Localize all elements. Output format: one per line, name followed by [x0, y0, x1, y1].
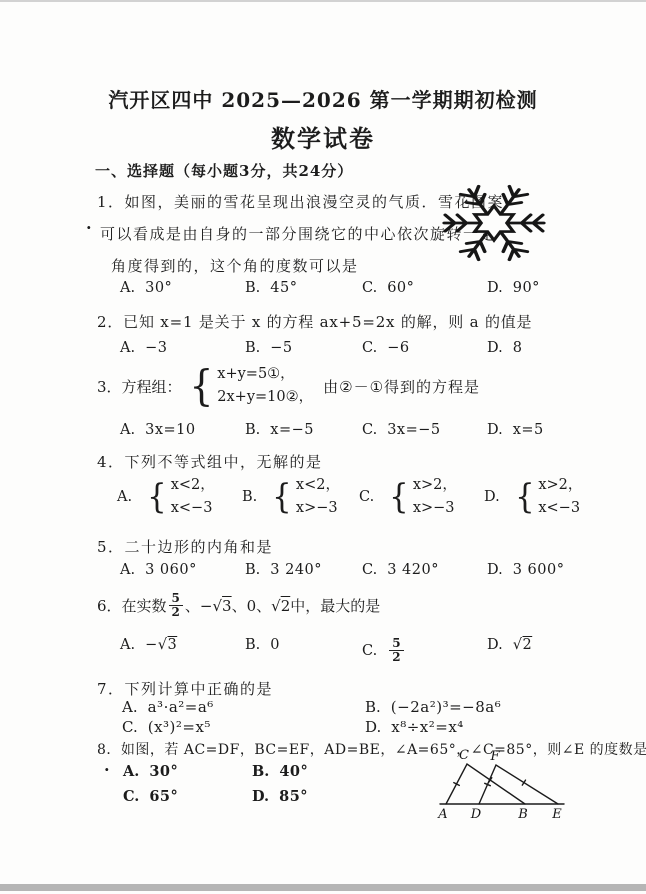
option-value: 3 060°: [145, 562, 197, 578]
brace: {: [189, 365, 213, 407]
option-label: D.: [487, 340, 503, 356]
q8-option-d: D.85°: [252, 788, 308, 805]
inequality-line: x<−3: [538, 497, 582, 520]
option-label: B.: [245, 562, 260, 578]
triangle-figure: C F A D B E: [426, 747, 606, 823]
inequality-line: x>−3: [413, 497, 457, 520]
option-label: D.: [484, 489, 500, 505]
q7-text: 7．下列计算中正确的是: [97, 678, 273, 699]
q7-option-a: A.a³·a²=a⁶: [122, 698, 214, 716]
option-value: x=−5: [270, 422, 314, 438]
option-value: a³·a²=a⁶: [148, 698, 214, 716]
q4-option-a: A.{x<2，x<−3: [117, 468, 215, 526]
option-label: B.: [252, 763, 269, 780]
scanned-test-page: 汽开区四中 2025—2026 第一学期期初检测 数学试卷 一、选择题（每小题3…: [0, 0, 646, 894]
option-label: C.: [362, 562, 377, 578]
q6-option-d: D.√2: [487, 637, 532, 653]
q3-option-c: C.3x=−5: [362, 422, 441, 438]
option-value: x⁸÷x²=x⁴: [391, 718, 464, 736]
q3-statement: 3．方程组： { x+y=5①， 2x+y=10②， 由②－①得到的方程是: [97, 363, 480, 409]
option-label: C.: [362, 422, 377, 438]
option-label: D.: [487, 637, 503, 653]
q3-options-row: A.3x=10 B.x=−5 C.3x=−5 D.x=5: [97, 422, 637, 446]
radicand: 3: [222, 597, 232, 615]
inequality-line: x<−3: [171, 497, 215, 520]
q4-option-c: C.{x>2，x>−3: [359, 468, 457, 526]
q5-option-a: A.3 060°: [120, 562, 197, 578]
q5-options-row: A.3 060° B.3 240° C.3 420° D.3 600°: [97, 562, 637, 586]
q3-option-a: A.3x=10: [120, 422, 196, 438]
brace: {: [147, 480, 166, 514]
q8-option-c: C.65°: [123, 788, 178, 805]
vertex-label-a: A: [437, 807, 447, 822]
option-fraction: 52: [389, 637, 403, 664]
q2-options-row: A.−3 B.−5 C.−6 D.8: [97, 340, 637, 364]
option-label: B.: [245, 340, 260, 356]
q1-text-line3: 角度得到的，这个角的度数可以是: [111, 255, 359, 276]
option-value: 3 420°: [387, 562, 439, 578]
option-label: C.: [123, 788, 139, 805]
q1-option-b: B.45°: [245, 280, 297, 296]
q2-option-b: B.−5: [245, 340, 293, 356]
q1-option-d: D.90°: [487, 280, 540, 296]
option-label: A.: [120, 562, 135, 578]
q2-option-c: C.−6: [362, 340, 410, 356]
q5-option-b: B.3 240°: [245, 562, 322, 578]
q6-text: 6．在实数52、−√3、0、√2中，最大的是: [97, 592, 380, 619]
q3-equation-1: x+y=5①，: [217, 363, 313, 386]
option-label: C.: [362, 280, 377, 296]
vertex-label-b: B: [517, 807, 528, 822]
q1-text-line2: 可以看成是由自身的一部分围绕它的中心依次旋转一定: [100, 223, 496, 244]
option-label: D.: [365, 718, 381, 736]
option-value: 8: [513, 340, 523, 356]
inequality-system: x>2，x>−3: [413, 474, 457, 520]
q3-equation-system: x+y=5①， 2x+y=10②，: [217, 363, 313, 409]
option-label: A.: [123, 763, 139, 780]
radicand: 3: [167, 637, 177, 653]
option-value: 60°: [387, 280, 414, 296]
vertex-label-e: E: [551, 807, 562, 822]
option-label: B.: [245, 422, 260, 438]
option-value: (−2a²)³=−8a⁶: [391, 698, 501, 716]
option-value: 3 600°: [513, 562, 565, 578]
q2-option-d: D.8: [487, 340, 522, 356]
option-value: −3: [145, 340, 167, 356]
option-value: 85°: [279, 788, 308, 805]
option-label: C.: [362, 643, 377, 659]
option-label: A.: [122, 698, 138, 716]
inequality-line: x>2，: [413, 474, 457, 497]
q7-option-b: B.(−2a²)³=−8a⁶: [365, 698, 501, 716]
fraction-denominator: 2: [389, 650, 403, 664]
q3-suffix: 由②－①得到的方程是: [323, 376, 480, 397]
option-value: 30°: [149, 763, 178, 780]
brace: {: [515, 480, 534, 514]
brace: {: [272, 480, 291, 514]
fraction-numerator: 5: [172, 592, 180, 605]
option-value: √: [513, 637, 523, 653]
snowflake-star: [475, 206, 514, 240]
q6-options-row: A.−√3 B.0 C.52 D.√2: [97, 637, 637, 669]
q2-option-a: A.−3: [120, 340, 167, 356]
option-label: B.: [245, 637, 260, 653]
option-label: B.: [365, 698, 381, 716]
inequality-line: x<2，: [171, 474, 215, 497]
section-header: 一、选择题（每小题3分，共24分）: [95, 160, 353, 181]
option-label: A.: [117, 489, 132, 505]
option-label: D.: [487, 422, 503, 438]
option-label: A.: [120, 280, 135, 296]
q7-option-d: D.x⁸÷x²=x⁴: [365, 718, 464, 736]
option-value: x=5: [513, 422, 544, 438]
q6-option-a: A.−√3: [120, 637, 177, 653]
radicand: 2: [281, 597, 291, 615]
option-value: 3x=−5: [387, 422, 440, 438]
option-value: −5: [270, 340, 292, 356]
q6-fraction: 52: [169, 592, 183, 619]
option-value: 90°: [513, 280, 540, 296]
fraction-numerator: 5: [392, 637, 400, 650]
q6-option-c: C.52: [362, 637, 406, 664]
q4-options-row: A.{x<2，x<−3 B.{x<2，x>−3 C.{x>2，x>−3 D.{x…: [97, 468, 637, 526]
q3-equation-2: 2x+y=10②，: [217, 386, 313, 409]
option-label: D.: [487, 280, 503, 296]
q2-text: 2．已知 x=1 是关于 x 的方程 ax+5=2x 的解，则 a 的值是: [97, 311, 532, 332]
q1-margin-dot: ·: [86, 218, 92, 237]
q7-option-c: C.(x³)²=x⁵: [122, 718, 211, 736]
q6-segment: 、0、√: [232, 595, 281, 616]
snowflake-figure: [441, 182, 547, 264]
option-label: A.: [120, 637, 135, 653]
inequality-system: x>2，x<−3: [538, 474, 582, 520]
option-value: 45°: [270, 280, 297, 296]
inequality-line: x<2，: [296, 474, 340, 497]
brace: {: [389, 480, 408, 514]
q8-option-a: A.30°: [123, 763, 178, 780]
q8-option-b: B.40°: [252, 763, 308, 780]
option-label: D.: [487, 562, 503, 578]
option-label: B.: [242, 489, 257, 505]
option-value: 3x=10: [145, 422, 196, 438]
q6-segment: 、−√: [185, 595, 222, 616]
q3-option-d: D.x=5: [487, 422, 544, 438]
q4-option-b: B.{x<2，x>−3: [242, 468, 340, 526]
q3-option-b: B.x=−5: [245, 422, 314, 438]
inequality-system: x<2，x>−3: [296, 474, 340, 520]
scan-edge-bottom: [0, 884, 646, 891]
page-title: 汽开区四中 2025—2026 第一学期期初检测: [0, 84, 646, 113]
option-value: 3 240°: [270, 562, 322, 578]
radicand: 2: [522, 637, 532, 653]
option-label: A.: [120, 340, 135, 356]
vertex-label-f: F: [489, 749, 500, 764]
q5-text: 5．二十边形的内角和是: [97, 536, 273, 557]
option-value: 30°: [145, 280, 172, 296]
scan-edge-top: [0, 0, 646, 2]
inequality-system: x<2，x<−3: [171, 474, 215, 520]
option-value: 0: [270, 637, 280, 653]
q3-prefix: 3．方程组：: [97, 376, 182, 397]
q1-options-row: A.30° B.45° C.60° D.90°: [97, 280, 637, 304]
option-value: −6: [387, 340, 409, 356]
option-label: D.: [252, 788, 269, 805]
inequality-line: x>2，: [538, 474, 582, 497]
q1-option-a: A.30°: [120, 280, 172, 296]
q5-option-c: C.3 420°: [362, 562, 439, 578]
q6-option-b: B.0: [245, 637, 280, 653]
option-value: (x³)²=x⁵: [148, 718, 211, 736]
option-label: A.: [120, 422, 135, 438]
page-subtitle: 数学试卷: [0, 119, 646, 154]
fraction-denominator: 2: [169, 605, 183, 619]
option-label: C.: [359, 489, 374, 505]
q6-prefix: 6．在实数: [97, 595, 167, 616]
vertex-label-c: C: [459, 748, 469, 763]
vertex-label-d: D: [470, 807, 482, 822]
option-value: 65°: [149, 788, 178, 805]
q5-option-d: D.3 600°: [487, 562, 564, 578]
inequality-line: x>−3: [296, 497, 340, 520]
q1-option-c: C.60°: [362, 280, 414, 296]
option-value: 40°: [279, 763, 308, 780]
option-label: C.: [362, 340, 377, 356]
q6-suffix: 中，最大的是: [290, 595, 380, 616]
option-value: −√: [145, 637, 167, 653]
option-label: B.: [245, 280, 260, 296]
option-label: C.: [122, 718, 138, 736]
q4-option-d: D.{x>2，x<−3: [484, 468, 582, 526]
